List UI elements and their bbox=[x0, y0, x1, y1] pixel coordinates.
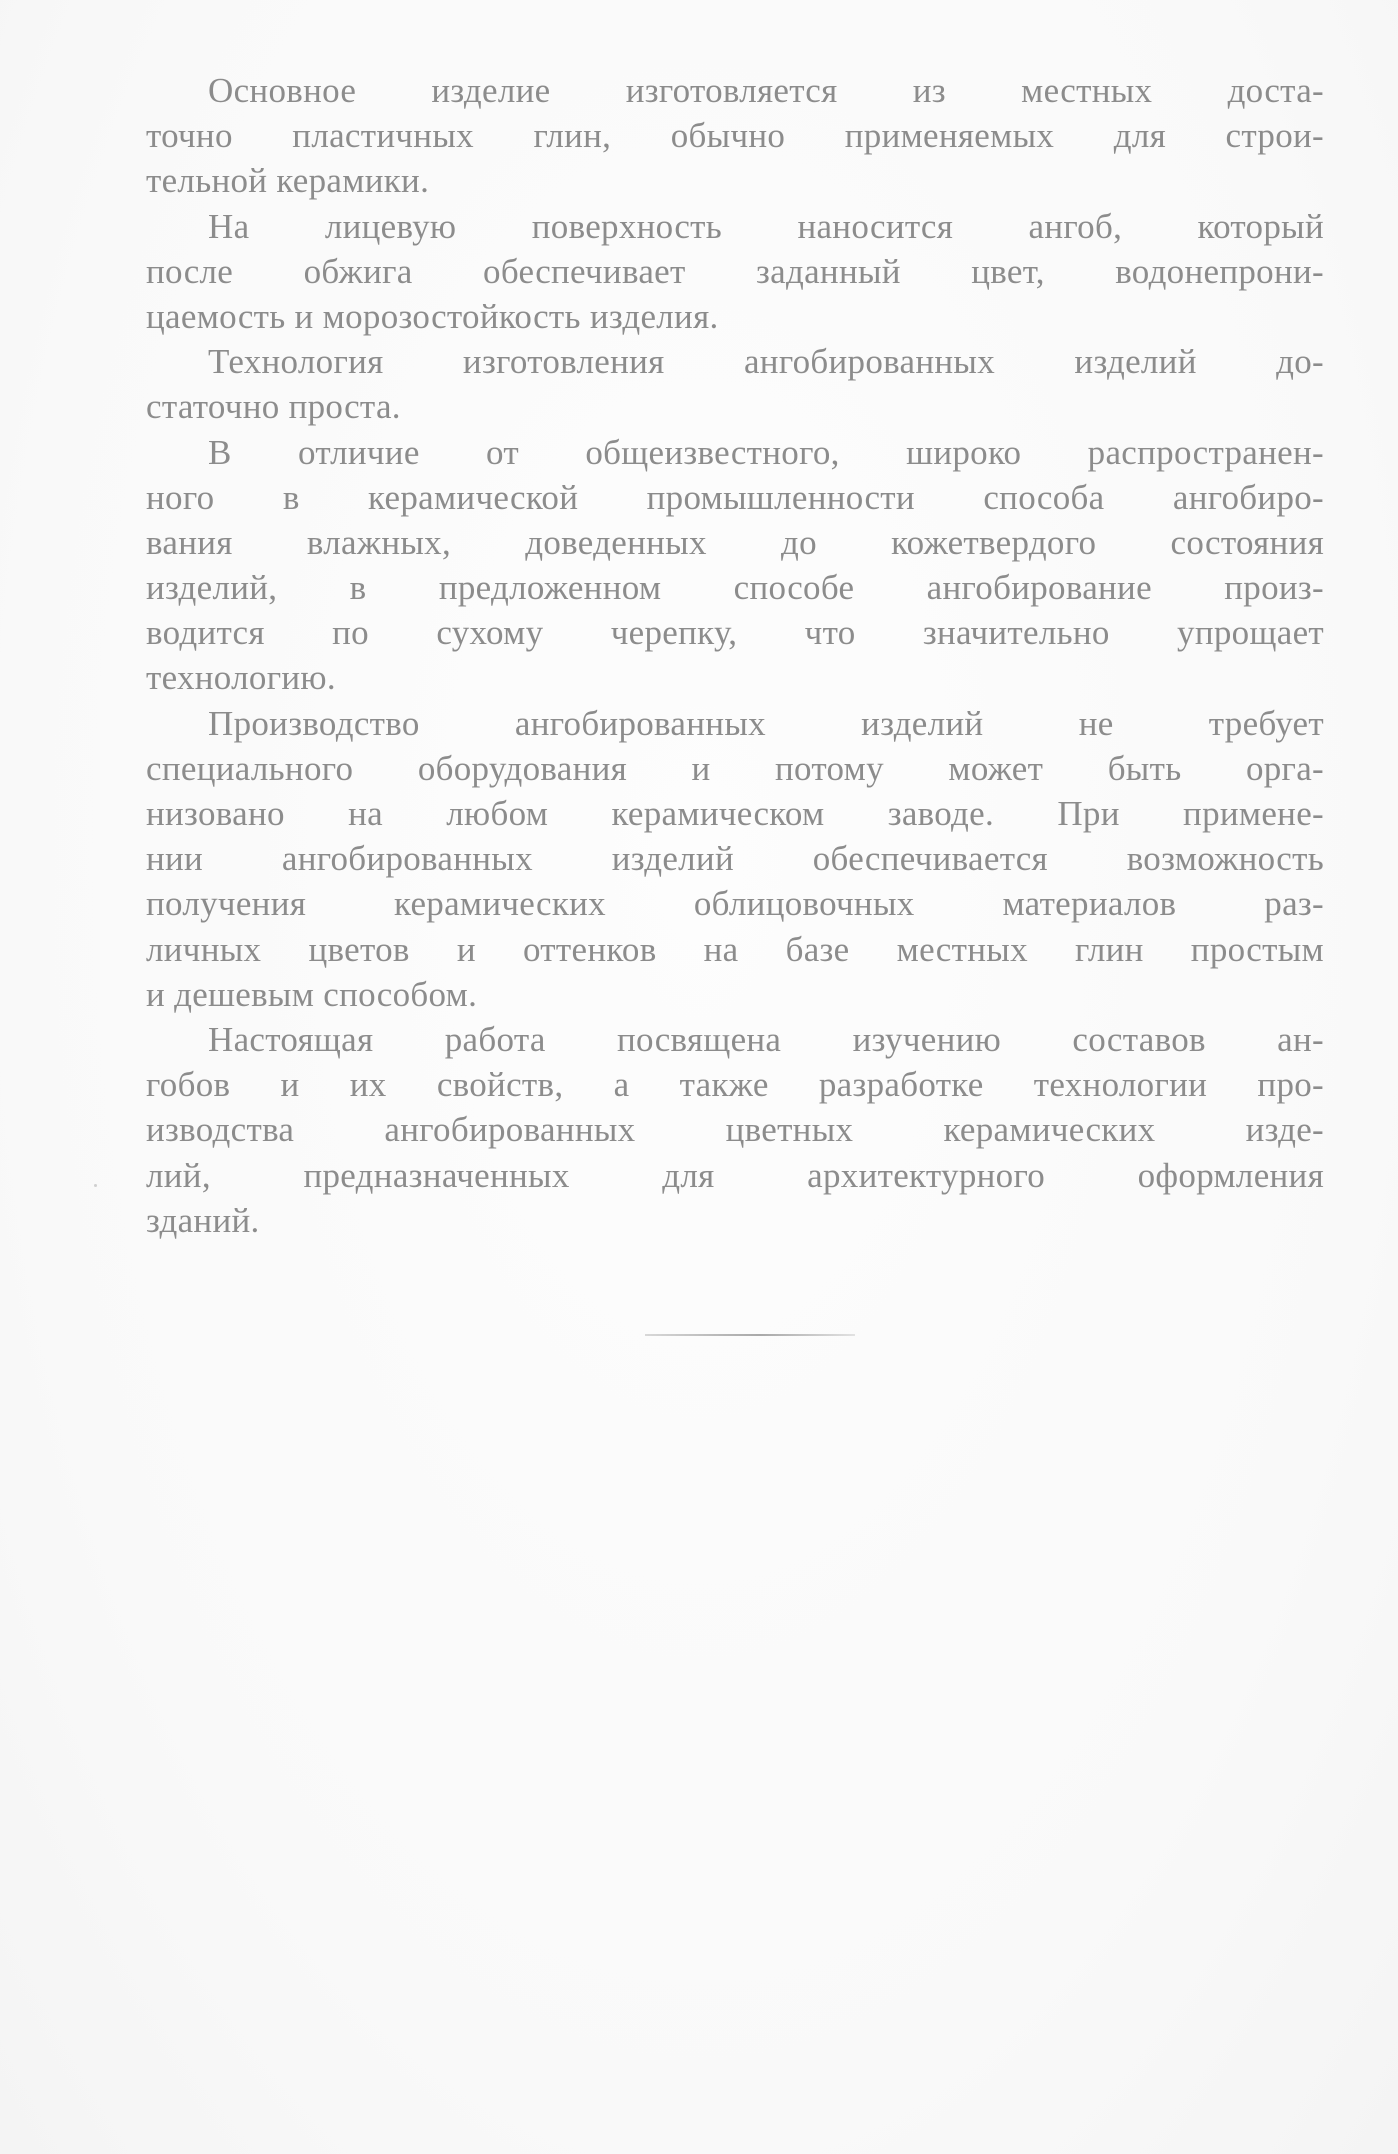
paragraph-6-line-4: лий, предназначенных для архитектурного … bbox=[146, 1153, 1324, 1198]
paragraph-4-line-6: технологию. bbox=[146, 655, 1324, 700]
paragraph-2-line-1: На лицевую поверхность наносится ангоб, … bbox=[146, 204, 1324, 249]
paragraph-4-line-3: вания влажных, доведенных до кожетвердог… bbox=[146, 520, 1324, 565]
paragraph-5-line-1: Производство ангобированных изделий не т… bbox=[146, 701, 1324, 746]
paragraph-2-line-3: цаемость и морозостойкость изделия. bbox=[146, 294, 1324, 339]
paragraph-2-line-2: после обжига обеспечивает заданный цвет,… bbox=[146, 249, 1324, 294]
paragraph-5-line-6: личных цветов и оттенков на базе местных… bbox=[146, 927, 1324, 972]
paragraph-4-line-4: изделий, в предложенном способе ангобиро… bbox=[146, 565, 1324, 610]
paragraph-6-line-5: зданий. bbox=[146, 1198, 1324, 1243]
paragraph-5-line-5: получения керамических облицовочных мате… bbox=[146, 881, 1324, 926]
paragraph-5-line-2: специального оборудования и потому может… bbox=[146, 746, 1324, 791]
paragraph-6-line-2: гобов и их свойств, а также разработке т… bbox=[146, 1062, 1324, 1107]
paragraph-6-line-3: изводства ангобированных цветных керамич… bbox=[146, 1107, 1324, 1152]
paragraph-4-line-2: ного в керамической промышленности спосо… bbox=[146, 475, 1324, 520]
paragraph-5-line-4: нии ангобированных изделий обеспечиваетс… bbox=[146, 836, 1324, 881]
section-end-rule bbox=[645, 1334, 855, 1336]
paragraph-1-line-1: Основное изделие изготовляется из местны… bbox=[146, 68, 1324, 113]
paragraph-5-line-3: низовано на любом керамическом заводе. П… bbox=[146, 791, 1324, 836]
body-text: Основное изделие изготовляется из местны… bbox=[146, 68, 1324, 1243]
paragraph-1-line-2: точно пластичных глин, обычно применяемы… bbox=[146, 113, 1324, 158]
paper-speck bbox=[94, 1184, 97, 1187]
paragraph-4-line-5: водится по сухому черепку, что значитель… bbox=[146, 610, 1324, 655]
paragraph-6-line-1: Настоящая работа посвящена изучению сост… bbox=[146, 1017, 1324, 1062]
paragraph-4-line-1: В отличие от общеизвестного, широко расп… bbox=[146, 430, 1324, 475]
paragraph-3-line-1: Технология изготовления ангобированных и… bbox=[146, 339, 1324, 384]
paragraph-5-line-7: и дешевым способом. bbox=[146, 972, 1324, 1017]
paragraph-1-line-3: тельной керамики. bbox=[146, 158, 1324, 203]
document-page: Основное изделие изготовляется из местны… bbox=[0, 0, 1398, 2154]
paragraph-3-line-2: статочно проста. bbox=[146, 384, 1324, 429]
